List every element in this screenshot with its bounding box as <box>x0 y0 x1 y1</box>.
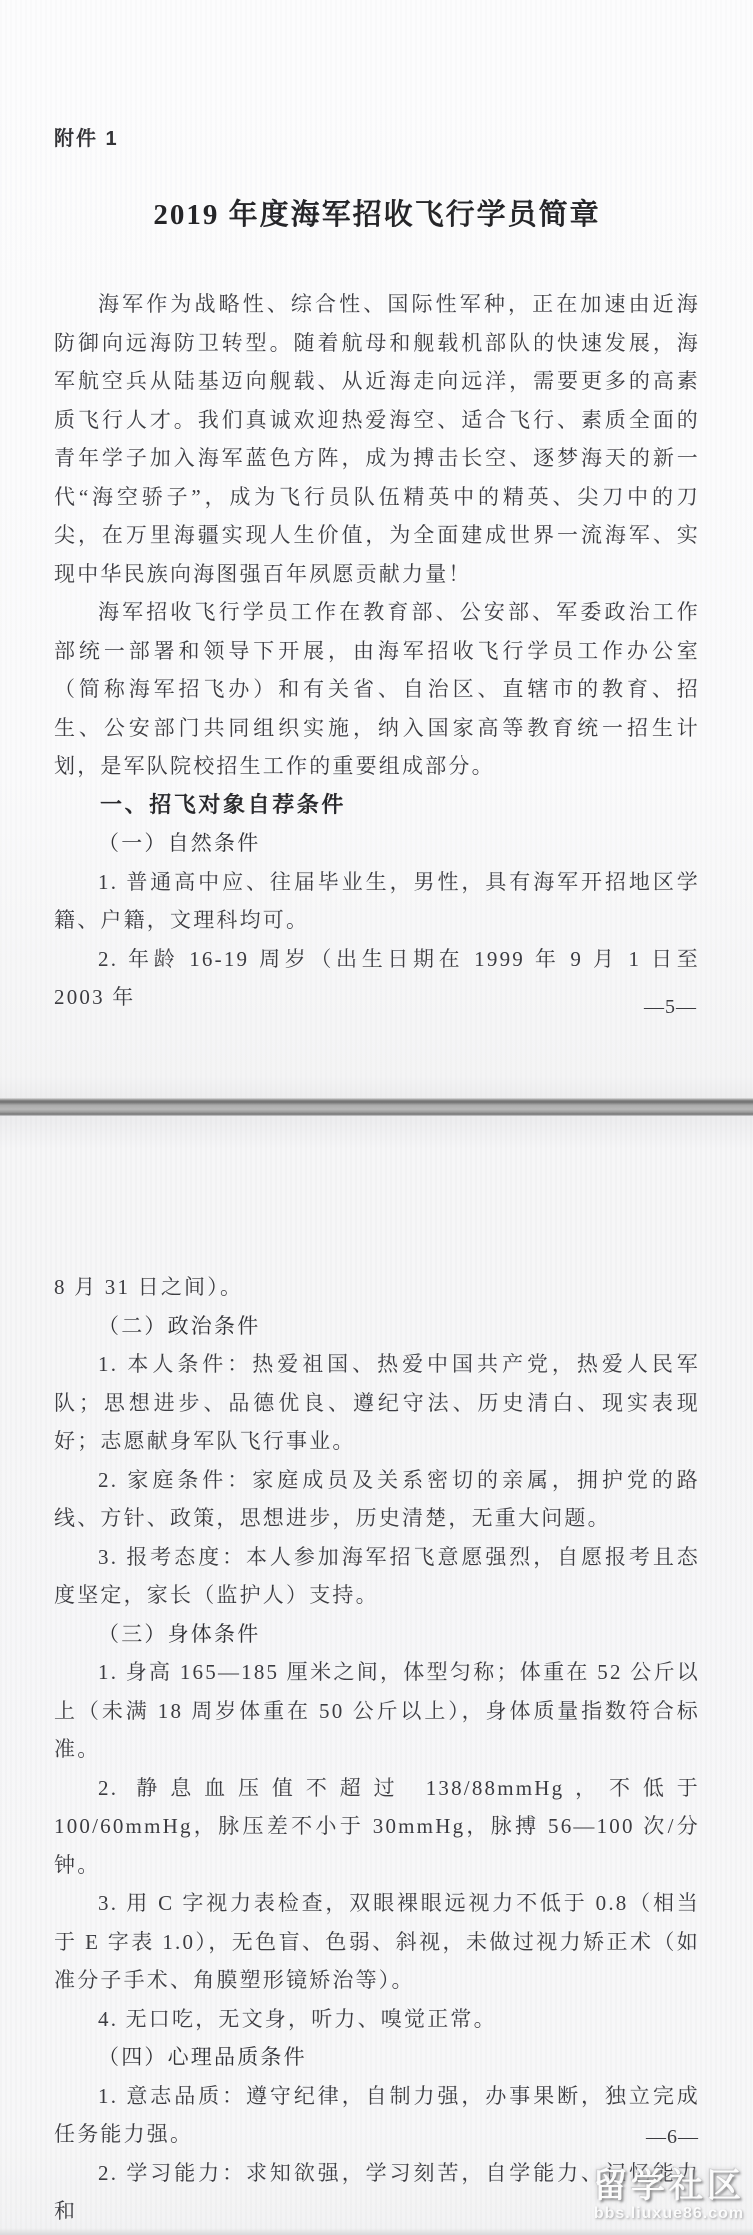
scan-bottom-edge <box>0 2228 753 2235</box>
text-block-para: 2. 静息血压值不超过 138/88mmHg，不低于 100/60mmHg，脉压… <box>54 1769 700 1885</box>
scanned-document: 附件 1 2019 年度海军招收飞行学员简章 海军作为战略性、综合性、国际性军种… <box>0 0 753 2235</box>
page-number-5: —5— <box>644 996 697 1019</box>
page-number-6: —6— <box>646 2126 699 2149</box>
page-6-text-content: 8 月 31 日之间）。（二）政治条件1. 本人条件：热爱祖国、热爱中国共产党，… <box>54 1268 700 2231</box>
text-block-para: 2. 家庭条件：家庭成员及关系密切的亲属，拥护党的路线、方针、政策，思想进步，历… <box>54 1461 700 1538</box>
text-block-heading2: （一）自然条件 <box>54 824 700 863</box>
text-block-heading2: （三）身体条件 <box>54 1615 700 1654</box>
text-block-para: 海军作为战略性、综合性、国际性军种，正在加速由近海防御向远海防卫转型。随着航母和… <box>54 285 700 593</box>
document-title: 2019 年度海军招收飞行学员简章 <box>54 195 700 235</box>
text-block-para: 1. 身高 165—185 厘米之间，体型匀称；体重在 52 公斤以上（未满 1… <box>54 1653 700 1769</box>
text-block-para: 2. 学习能力：求知欲强，学习刻苦，自学能力、记忆能力和 <box>54 2154 700 2231</box>
text-block-para: 2. 年龄 16-19 周岁（出生日期在 1999 年 9 月 1 日至 200… <box>54 940 700 1017</box>
text-block-para: 1. 本人条件：热爱祖国、热爱中国共产党，热爱人民军队；思想进步、品德优良、遵纪… <box>54 1345 700 1461</box>
text-block-para: 海军招收飞行学员工作在教育部、公安部、军委政治工作部统一部署和领导下开展，由海军… <box>54 593 700 786</box>
text-block-heading2: （四）心理品质条件 <box>54 2038 700 2077</box>
text-block-cont: 8 月 31 日之间）。 <box>54 1268 700 1307</box>
text-block-para: 3. 报考态度：本人参加海军招飞意愿强烈，自愿报考且态度坚定，家长（监护人）支持… <box>54 1538 700 1615</box>
document-page-6: 8 月 31 日之间）。（二）政治条件1. 本人条件：热爱祖国、热爱中国共产党，… <box>0 1116 753 2235</box>
text-block-para: 1. 意志品质：遵守纪律，自制力强，办事果断，独立完成任务能力强。 <box>54 2077 700 2154</box>
page-separator-scan-edge <box>0 1098 753 1116</box>
page-5-text-content: 海军作为战略性、综合性、国际性军种，正在加速由近海防御向远海防卫转型。随着航母和… <box>54 285 700 1017</box>
text-block-heading1: 一、招飞对象自荐条件 <box>54 786 700 825</box>
attachment-label: 附件 1 <box>54 122 700 152</box>
text-block-para: 3. 用 C 字视力表检查，双眼裸眼远视力不低于 0.8（相当于 E 字表 1.… <box>54 1884 700 2000</box>
document-page-5: 附件 1 2019 年度海军招收飞行学员简章 海军作为战略性、综合性、国际性军种… <box>0 0 753 1098</box>
text-block-heading2: （二）政治条件 <box>54 1307 700 1346</box>
text-block-para: 4. 无口吃，无文身，听力、嗅觉正常。 <box>54 2000 700 2039</box>
text-block-para: 1. 普通高中应、往届毕业生，男性，具有海军开招地区学籍、户籍，文理科均可。 <box>54 863 700 940</box>
